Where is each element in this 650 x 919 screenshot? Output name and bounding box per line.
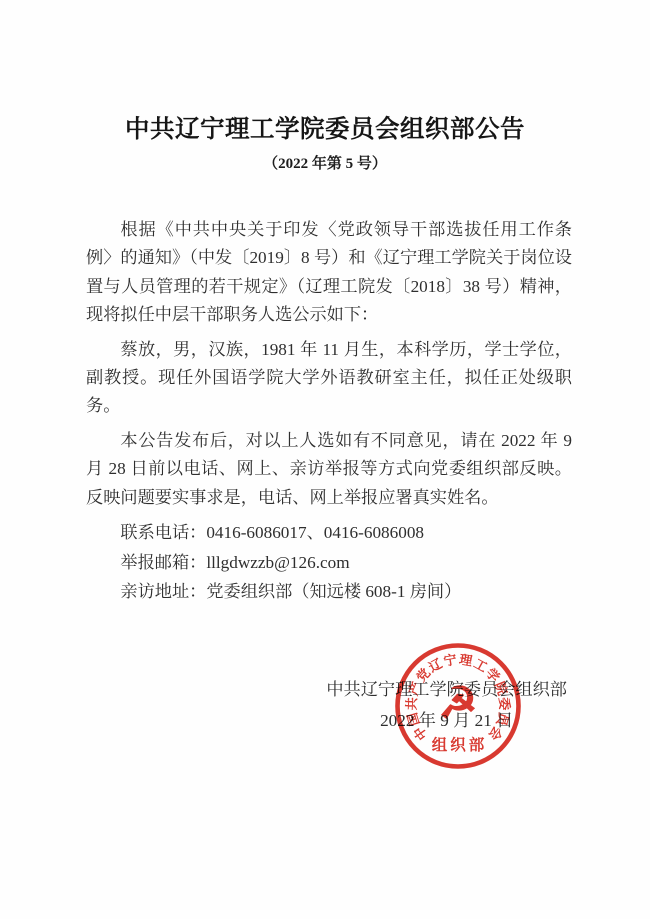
signature-block: 中共辽宁理工学院委员会组织部 2022 年 9 月 21 日 [326,676,567,735]
announcement-page: 中共辽宁理工学院委员会组织部公告 （2022 年第 5 号） 根据《中共中央关于… [0,0,650,919]
contact-email-line: 举报邮箱：lllgdwzzb@126.com [86,548,572,578]
contact-phone-line: 联系电话：0416-6086017、0416-6086008 [86,518,572,548]
signature-organization: 中共辽宁理工学院委员会组织部 [326,676,567,704]
paragraph-candidate-info: 蔡放，男，汉族，1981 年 11 月生，本科学历，学士学位，副教授。现任外国语… [86,336,572,421]
contact-address-line: 亲访地址：党委组织部（知远楼 608-1 房间） [86,577,572,607]
seal-bottom-text: 组织部 [432,735,488,754]
paragraph-feedback-notice: 本公告发布后，对以上人选如有不同意见，请在 2022 年 9 月 28 日前以电… [86,427,572,512]
signature-date: 2022 年 9 月 21 日 [326,707,567,735]
paragraph-legal-basis: 根据《中共中央关于印发〈党政领导干部选拔任用工作条例〉的通知》（中发〔2019〕… [86,216,572,330]
document-number: （2022 年第 5 号） [0,152,650,173]
svg-text:工: 工 [471,656,490,675]
document-title: 中共辽宁理工学院委员会组织部公告 [0,110,650,145]
svg-text:理: 理 [458,652,474,669]
svg-text:宁: 宁 [442,652,457,669]
svg-text:辽: 辽 [426,656,445,675]
document-body: 根据《中共中央关于印发〈党政领导干部选拔任用工作条例〉的通知》（中发〔2019〕… [86,216,572,607]
